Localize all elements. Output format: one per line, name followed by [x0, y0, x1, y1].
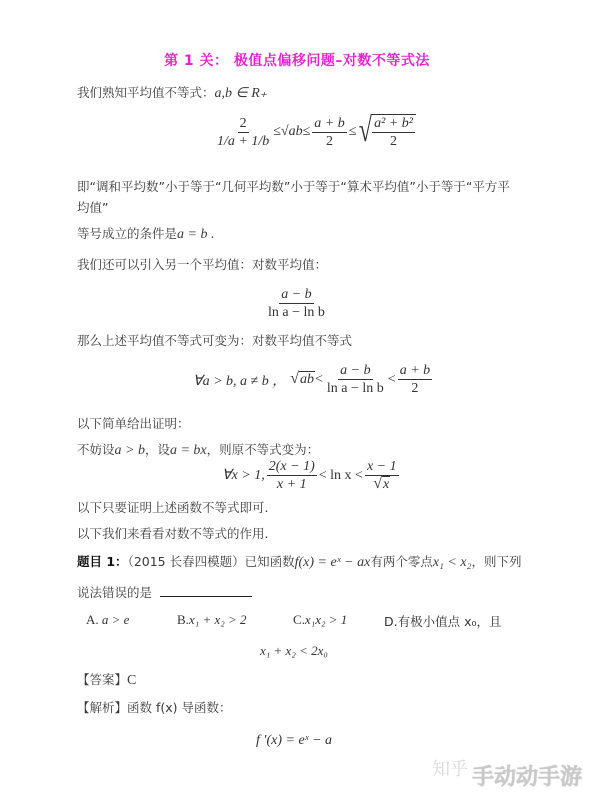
harmonic-mean-fraction: 2 1/a + 1/b — [215, 115, 271, 150]
analysis-line: 【解析】函数 f(x) 导函数： — [77, 700, 232, 716]
quadratic-mean-sqrt: √ a² + b² 2 — [356, 114, 416, 150]
paragraph-explanation-line1: 即“调和平均数”小于等于“几何平均数”小于等于“算术平均值”小于等于“平方平 — [77, 179, 510, 195]
equation-derivative: f ′(x) = eˣ − a — [256, 733, 332, 749]
option-b: B.x₁ + x₂ > 2 — [177, 612, 247, 628]
problem-label: 题目 1： — [77, 554, 128, 569]
problem-statement-line1: 题目 1：（2015 长春四模题）已知函数f(x) = eˣ − ax有两个零点… — [77, 554, 521, 571]
option-d-continuation: x₁ + x₂ < 2x₀ — [260, 643, 328, 659]
watermark-site: 知乎 — [432, 755, 468, 781]
answer-blank — [160, 584, 252, 597]
arithmetic-mean-fraction: a + b 2 — [312, 115, 346, 150]
answer-value: C — [127, 673, 136, 688]
paragraph-transition: 以下我们来看看对数不等式的作用. — [77, 526, 268, 542]
paragraph-proof-intro: 以下简单给出证明： — [77, 416, 190, 432]
page-title: 第 1 关： 极值点偏移问题–对数不等式法 — [0, 50, 594, 70]
paragraph-conclusion: 以下只要证明上述函数不等式即可. — [77, 500, 268, 516]
equation-log-mean-inequality: ∀a > b, a ≠ b ， √ ab < a − b ln a − ln b… — [193, 362, 434, 397]
sqrt-icon: √ — [359, 114, 372, 148]
paragraph-log-mean-inequality: 那么上述平均值不等式可变为：对数平均值不等式 — [77, 333, 352, 349]
answer-line: 【答案】C — [77, 672, 136, 689]
paragraph-mean-inequality-intro: 我们熟知平均值不等式：a,b ∈ R₊ — [77, 85, 267, 102]
sqrt-icon: √ — [290, 371, 299, 387]
paragraph-equality-condition: 等号成立的条件是a = b . — [77, 226, 214, 243]
equation-log-mean: a − b ln a − ln b — [264, 286, 329, 321]
equation-mean-inequality: 2 1/a + 1/b ≤ √ab ≤ a + b 2 ≤ √ a² + b² … — [213, 114, 416, 150]
paragraph-explanation-line2: 均值” — [77, 200, 108, 216]
watermark-brand: 手动动手游 — [472, 760, 582, 791]
option-d: D.有极小值点 x₀，且 — [384, 612, 502, 630]
problem-statement-line2: 说法错误的是 — [77, 584, 252, 601]
paragraph-substitution: 不妨设a > b，设a = bx，则原不等式变为： — [77, 442, 319, 459]
paragraph-log-mean-intro: 我们还可以引入另一个平均值：对数平均值： — [77, 257, 327, 273]
option-a: A. a > e — [86, 612, 129, 628]
intro-text: 我们熟知平均值不等式： — [77, 85, 215, 100]
sqrt-icon: √ — [373, 476, 382, 492]
option-c: C.x₁x₂ > 1 — [293, 612, 347, 628]
geometric-mean: √ab — [281, 124, 303, 140]
equation-function-inequality: ∀x > 1, 2(x − 1) x + 1 < ln x < x − 1 √ … — [222, 458, 401, 493]
intro-math: a,b ∈ R₊ — [215, 86, 268, 101]
